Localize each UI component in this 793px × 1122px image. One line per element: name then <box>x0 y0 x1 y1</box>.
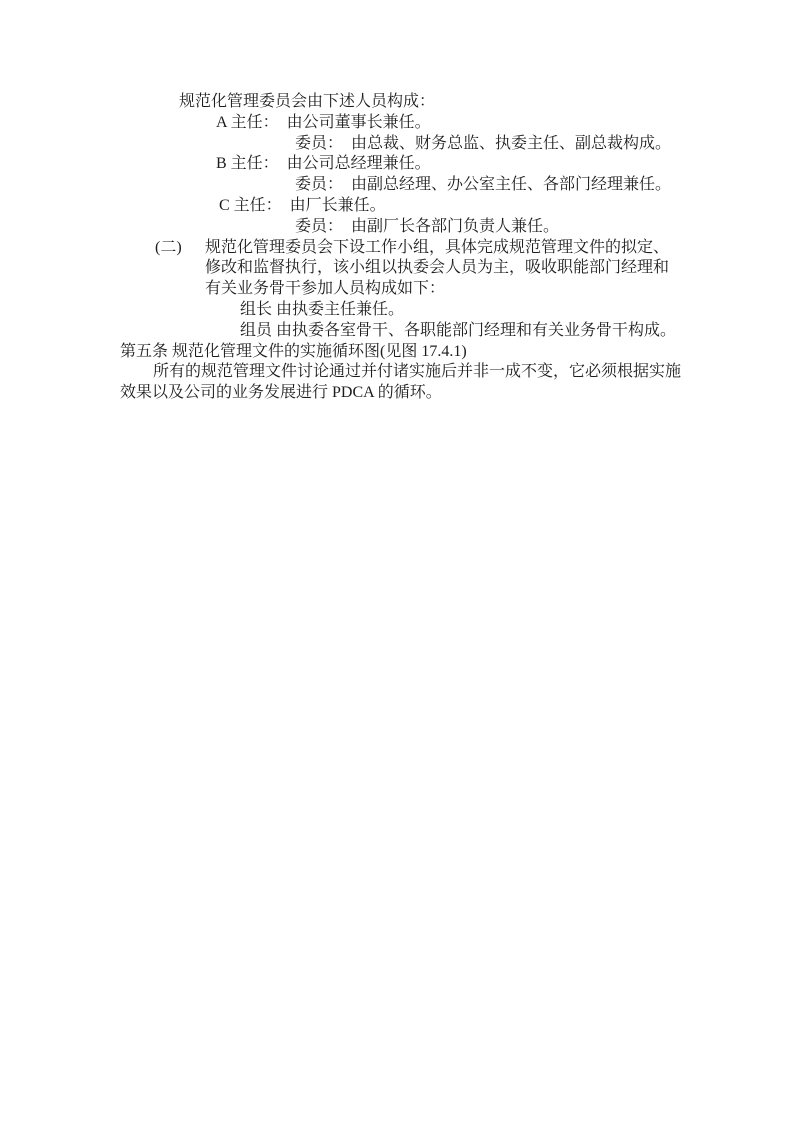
line-item-2-workgroup: (二) 规范化管理委员会下设工作小组，具体完成规范管理文件的拟定、 <box>205 238 720 259</box>
list-marker: (二) <box>155 238 182 259</box>
line-members-a: 委员： 由总裁、财务总监、执委主任、副总裁构成。 <box>295 134 720 155</box>
line-workgroup-continuation-2: 有关业务骨干参加人员构成如下： <box>205 279 720 300</box>
document-page: 规范化管理委员会由下述人员构成： A 主任： 由公司董事长兼任。 委员： 由总裁… <box>0 0 793 1122</box>
line-chairman-b: B 主任： 由公司总经理兼任。 <box>216 154 720 175</box>
line-pdca-paragraph-2: 效果以及公司的业务发展进行 PDCA 的循环。 <box>120 383 720 404</box>
line-chairman-a: A 主任： 由公司董事长兼任。 <box>216 113 720 134</box>
text-block: 规范化管理委员会由下述人员构成： A 主任： 由公司董事长兼任。 委员： 由总裁… <box>120 92 720 404</box>
line-pdca-paragraph-1: 所有的规范管理文件讨论通过并付诸实施后并非一成不变，它必须根据实施 <box>153 362 720 383</box>
line-committee-composition-intro: 规范化管理委员会由下述人员构成： <box>179 92 720 113</box>
line-members-b: 委员： 由副总经理、办公室主任、各部门经理兼任。 <box>295 175 720 196</box>
line-group-members: 组员 由执委各室骨干、各职能部门经理和有关业务骨干构成。 <box>240 321 720 342</box>
line-article-5-heading: 第五条 规范化管理文件的实施循环图(见图 17.4.1) <box>120 342 720 363</box>
line-members-c: 委员： 由副厂长各部门负责人兼任。 <box>295 217 720 238</box>
line-workgroup-continuation-1: 修改和监督执行，该小组以执委会人员为主，吸收职能部门经理和 <box>205 258 720 279</box>
line-group-leader: 组长 由执委主任兼任。 <box>240 300 720 321</box>
line-item-2-workgroup-text: 规范化管理委员会下设工作小组，具体完成规范管理文件的拟定、 <box>205 239 669 256</box>
line-chairman-c: C 主任： 由厂长兼任。 <box>219 196 720 217</box>
